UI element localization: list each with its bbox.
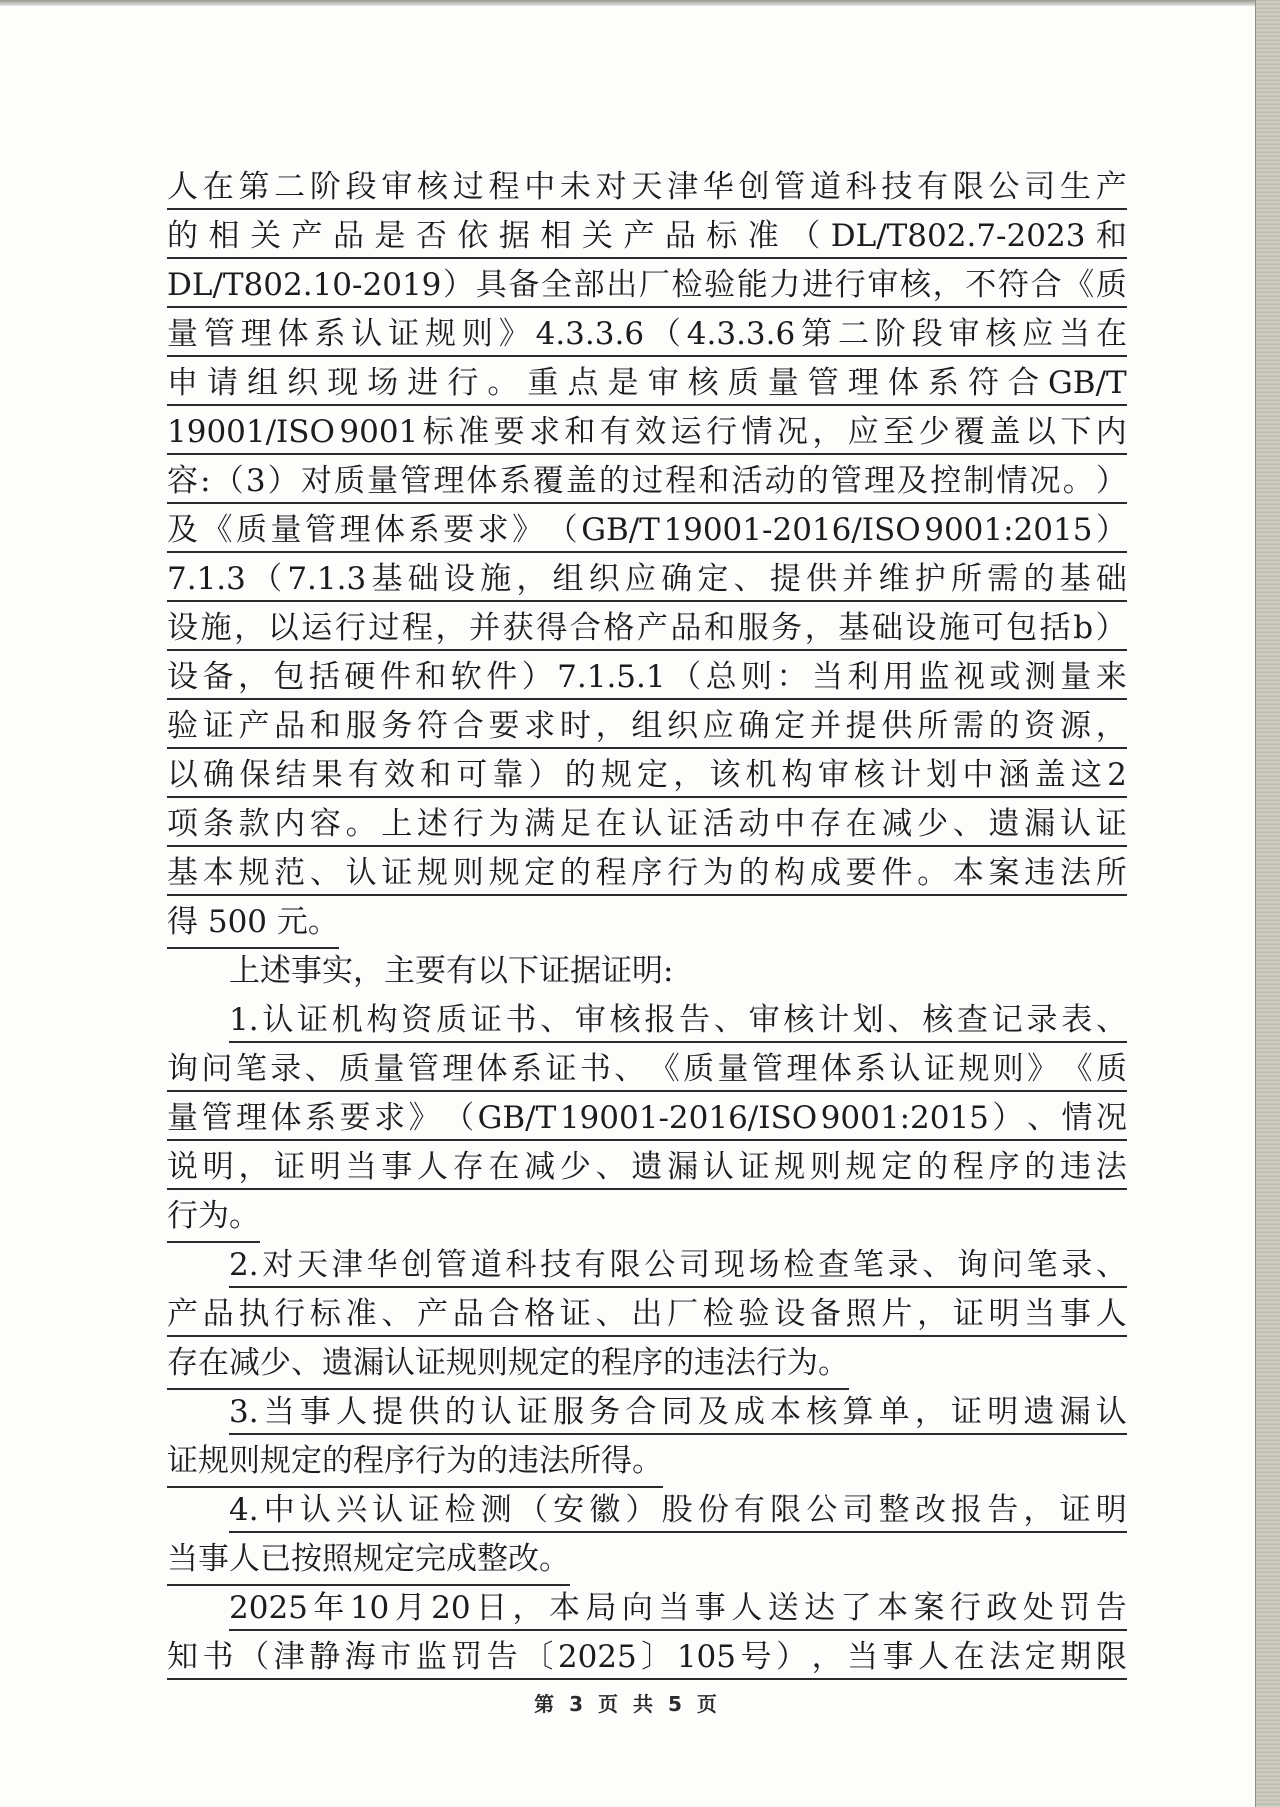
photo-right-edge [1255, 0, 1280, 1807]
text-line-last: 当事人已按照规定完成整改。 [167, 1535, 1127, 1584]
text-line: 7.1.3（7.1.3基础设施，组织应确定、提供并维护所需的基础 [167, 555, 1127, 604]
text-line: 1.认证机构资质证书、审核报告、审核计划、核查记录表、 [167, 996, 1127, 1045]
document-page: 人在第二阶段审核过程中未对天津华创管道科技有限公司生产 的相关产品是否依据相关产… [0, 6, 1255, 1807]
text-line: 量管理体系要求》（GB/T19001-2016/ISO9001:2015）、情况 [167, 1094, 1127, 1143]
text-line-last: 得 500 元。 [167, 898, 1127, 947]
text-line: 2025年10月20日，本局向当事人送达了本案行政处罚告 [167, 1584, 1127, 1633]
text-line: 产品执行标准、产品合格证、出厂检验设备照片，证明当事人 [167, 1290, 1127, 1339]
text-line: 量管理体系认证规则》4.3.3.6（4.3.3.6第二阶段审核应当在 [167, 310, 1127, 359]
evidence-item-1: 1.认证机构资质证书、审核报告、审核计划、核查记录表、 询问笔录、质量管理体系证… [167, 996, 1127, 1241]
text-line-last: 存在减少、遗漏认证规则规定的程序的违法行为。 [167, 1339, 1127, 1388]
text-line: 验证产品和服务符合要求时，组织应确定并提供所需的资源， [167, 702, 1127, 751]
evidence-intro: 上述事实，主要有以下证据证明: [167, 947, 1127, 996]
text-line: 19001/ISO9001标准要求和有效运行情况，应至少覆盖以下内 [167, 408, 1127, 457]
text-line: DL/T802.10-2019）具备全部出厂检验能力进行审核，不符合《质 [167, 261, 1127, 310]
evidence-item-3: 3.当事人提供的认证服务合同及成本核算单，证明遗漏认 证规则规定的程序行为的违法… [167, 1388, 1127, 1486]
underlined-text: 行为。 [167, 1192, 260, 1241]
text-line: 及《质量管理体系要求》（GB/T19001-2016/ISO9001:2015） [167, 506, 1127, 555]
text-line: 3.当事人提供的认证服务合同及成本核算单，证明遗漏认 [167, 1388, 1127, 1437]
text-line: 2.对天津华创管道科技有限公司现场检查笔录、询问笔录、 [167, 1241, 1127, 1290]
text-line: 容:（3）对质量管理体系覆盖的过程和活动的管理及控制情况。） [167, 457, 1127, 506]
text-line: 设施，以运行过程，并获得合格产品和服务，基础设施可包括b） [167, 604, 1127, 653]
text-line-last: 行为。 [167, 1192, 1127, 1241]
text-line: 项条款内容。上述行为满足在认证活动中存在减少、遗漏认证 [167, 800, 1127, 849]
underlined-text: 当事人已按照规定完成整改。 [167, 1535, 570, 1584]
underlined-text: 得 500 元。 [167, 898, 339, 947]
page-number-footer: 第 3 页 共 5 页 [0, 1688, 1255, 1717]
text-line: 设备，包括硬件和软件）7.1.5.1（总则：当利用监视或测量来 [167, 653, 1127, 702]
continuation-paragraph: 人在第二阶段审核过程中未对天津华创管道科技有限公司生产 的相关产品是否依据相关产… [167, 163, 1127, 947]
text-line: 询问笔录、质量管理体系证书、《质量管理体系认证规则》《质 [167, 1045, 1127, 1094]
text-line: 以确保结果有效和可靠）的规定，该机构审核计划中涵盖这2 [167, 751, 1127, 800]
document-body: 人在第二阶段审核过程中未对天津华创管道科技有限公司生产 的相关产品是否依据相关产… [167, 163, 1127, 1682]
text-line: 申请组织现场进行。重点是审核质量管理体系符合GB/T [167, 359, 1127, 408]
text-line: 人在第二阶段审核过程中未对天津华创管道科技有限公司生产 [167, 163, 1127, 212]
text-line: 说明，证明当事人存在减少、遗漏认证规则规定的程序的违法 [167, 1143, 1127, 1192]
text-line: 知书（津静海市监罚告〔2025〕105号），当事人在法定期限 [167, 1633, 1127, 1682]
evidence-item-4: 4.中认兴认证检测（安徽）股份有限公司整改报告，证明 当事人已按照规定完成整改。 [167, 1486, 1127, 1584]
underlined-text: 存在减少、遗漏认证规则规定的程序的违法行为。 [167, 1339, 849, 1388]
evidence-item-2: 2.对天津华创管道科技有限公司现场检查笔录、询问笔录、 产品执行标准、产品合格证… [167, 1241, 1127, 1388]
text-line: 的相关产品是否依据相关产品标准（DL/T802.7-2023和 [167, 212, 1127, 261]
text-line-last: 证规则规定的程序行为的违法所得。 [167, 1437, 1127, 1486]
text-line: 4.中认兴认证检测（安徽）股份有限公司整改报告，证明 [167, 1486, 1127, 1535]
text-line: 基本规范、认证规则规定的程序行为的构成要件。本案违法所 [167, 849, 1127, 898]
notice-paragraph: 2025年10月20日，本局向当事人送达了本案行政处罚告 知书（津静海市监罚告〔… [167, 1584, 1127, 1682]
underlined-text: 证规则规定的程序行为的违法所得。 [167, 1437, 663, 1486]
